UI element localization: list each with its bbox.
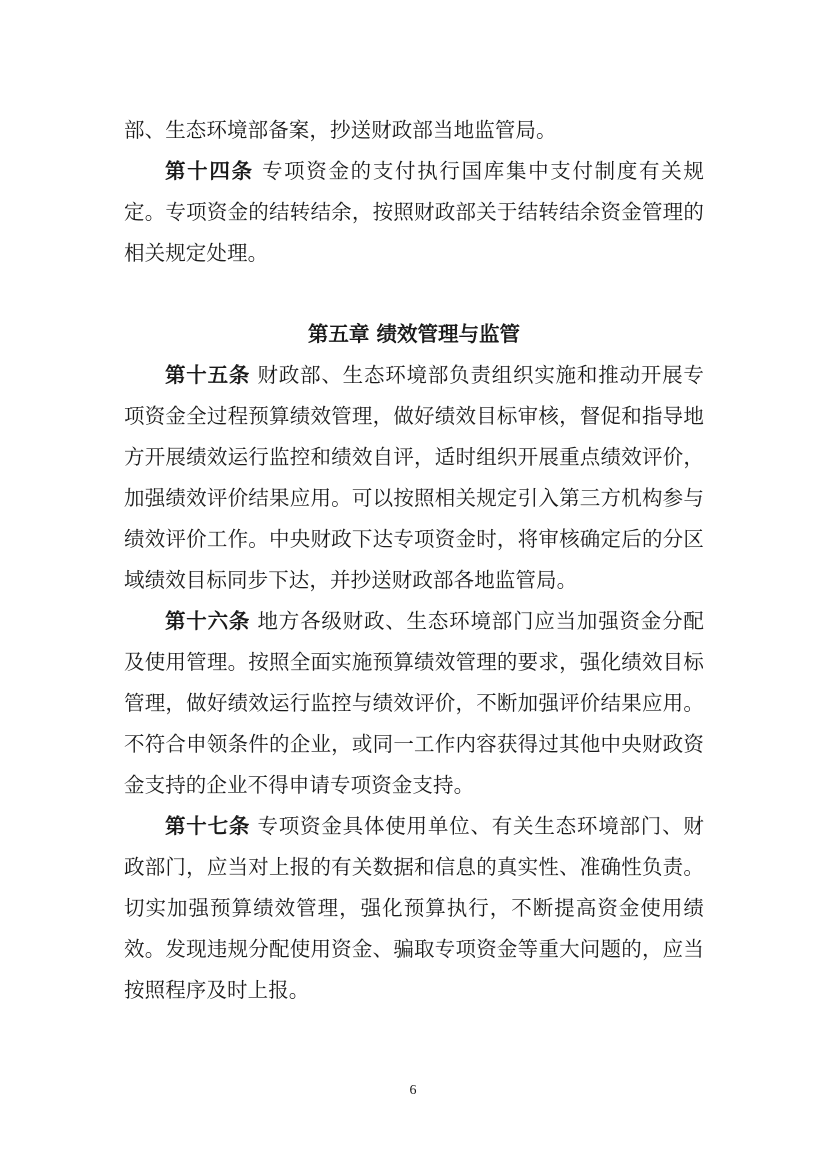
paragraph-text: 专项资金具体使用单位、有关生态环境部门、财政部门，应当对上报的有关数据和信息的真… (124, 814, 704, 1002)
paragraph-text: 部、生态环境部备案，抄送财政部当地监管局。 (124, 118, 557, 142)
article-14: 第十四条 专项资金的支付执行国库集中支付制度有关规定。专项资金的结转结余，按照财… (124, 151, 704, 274)
article-heading: 第十六条 (165, 609, 250, 633)
chapter-title: 第五章 绩效管理与监管 (124, 314, 704, 355)
paragraph-continuation: 部、生态环境部备案，抄送财政部当地监管局。 (124, 110, 704, 151)
article-heading: 第十七条 (165, 814, 250, 838)
article-heading: 第十五条 (165, 363, 250, 387)
article-16: 第十六条 地方各级财政、生态环境部门应当加强资金分配及使用管理。按照全面实施预算… (124, 601, 704, 806)
page-number: 6 (0, 1083, 826, 1099)
article-15: 第十五条 财政部、生态环境部负责组织实施和推动开展专项资金全过程预算绩效管理，做… (124, 355, 704, 601)
document-page: 部、生态环境部备案，抄送财政部当地监管局。 第十四条 专项资金的支付执行国库集中… (124, 110, 704, 1011)
paragraph-text: 地方各级财政、生态环境部门应当加强资金分配及使用管理。按照全面实施预算绩效管理的… (124, 609, 704, 797)
paragraph-text: 财政部、生态环境部负责组织实施和推动开展专项资金全过程预算绩效管理，做好绩效目标… (124, 363, 704, 592)
article-17: 第十七条 专项资金具体使用单位、有关生态环境部门、财政部门，应当对上报的有关数据… (124, 806, 704, 1011)
article-heading: 第十四条 (165, 159, 254, 183)
